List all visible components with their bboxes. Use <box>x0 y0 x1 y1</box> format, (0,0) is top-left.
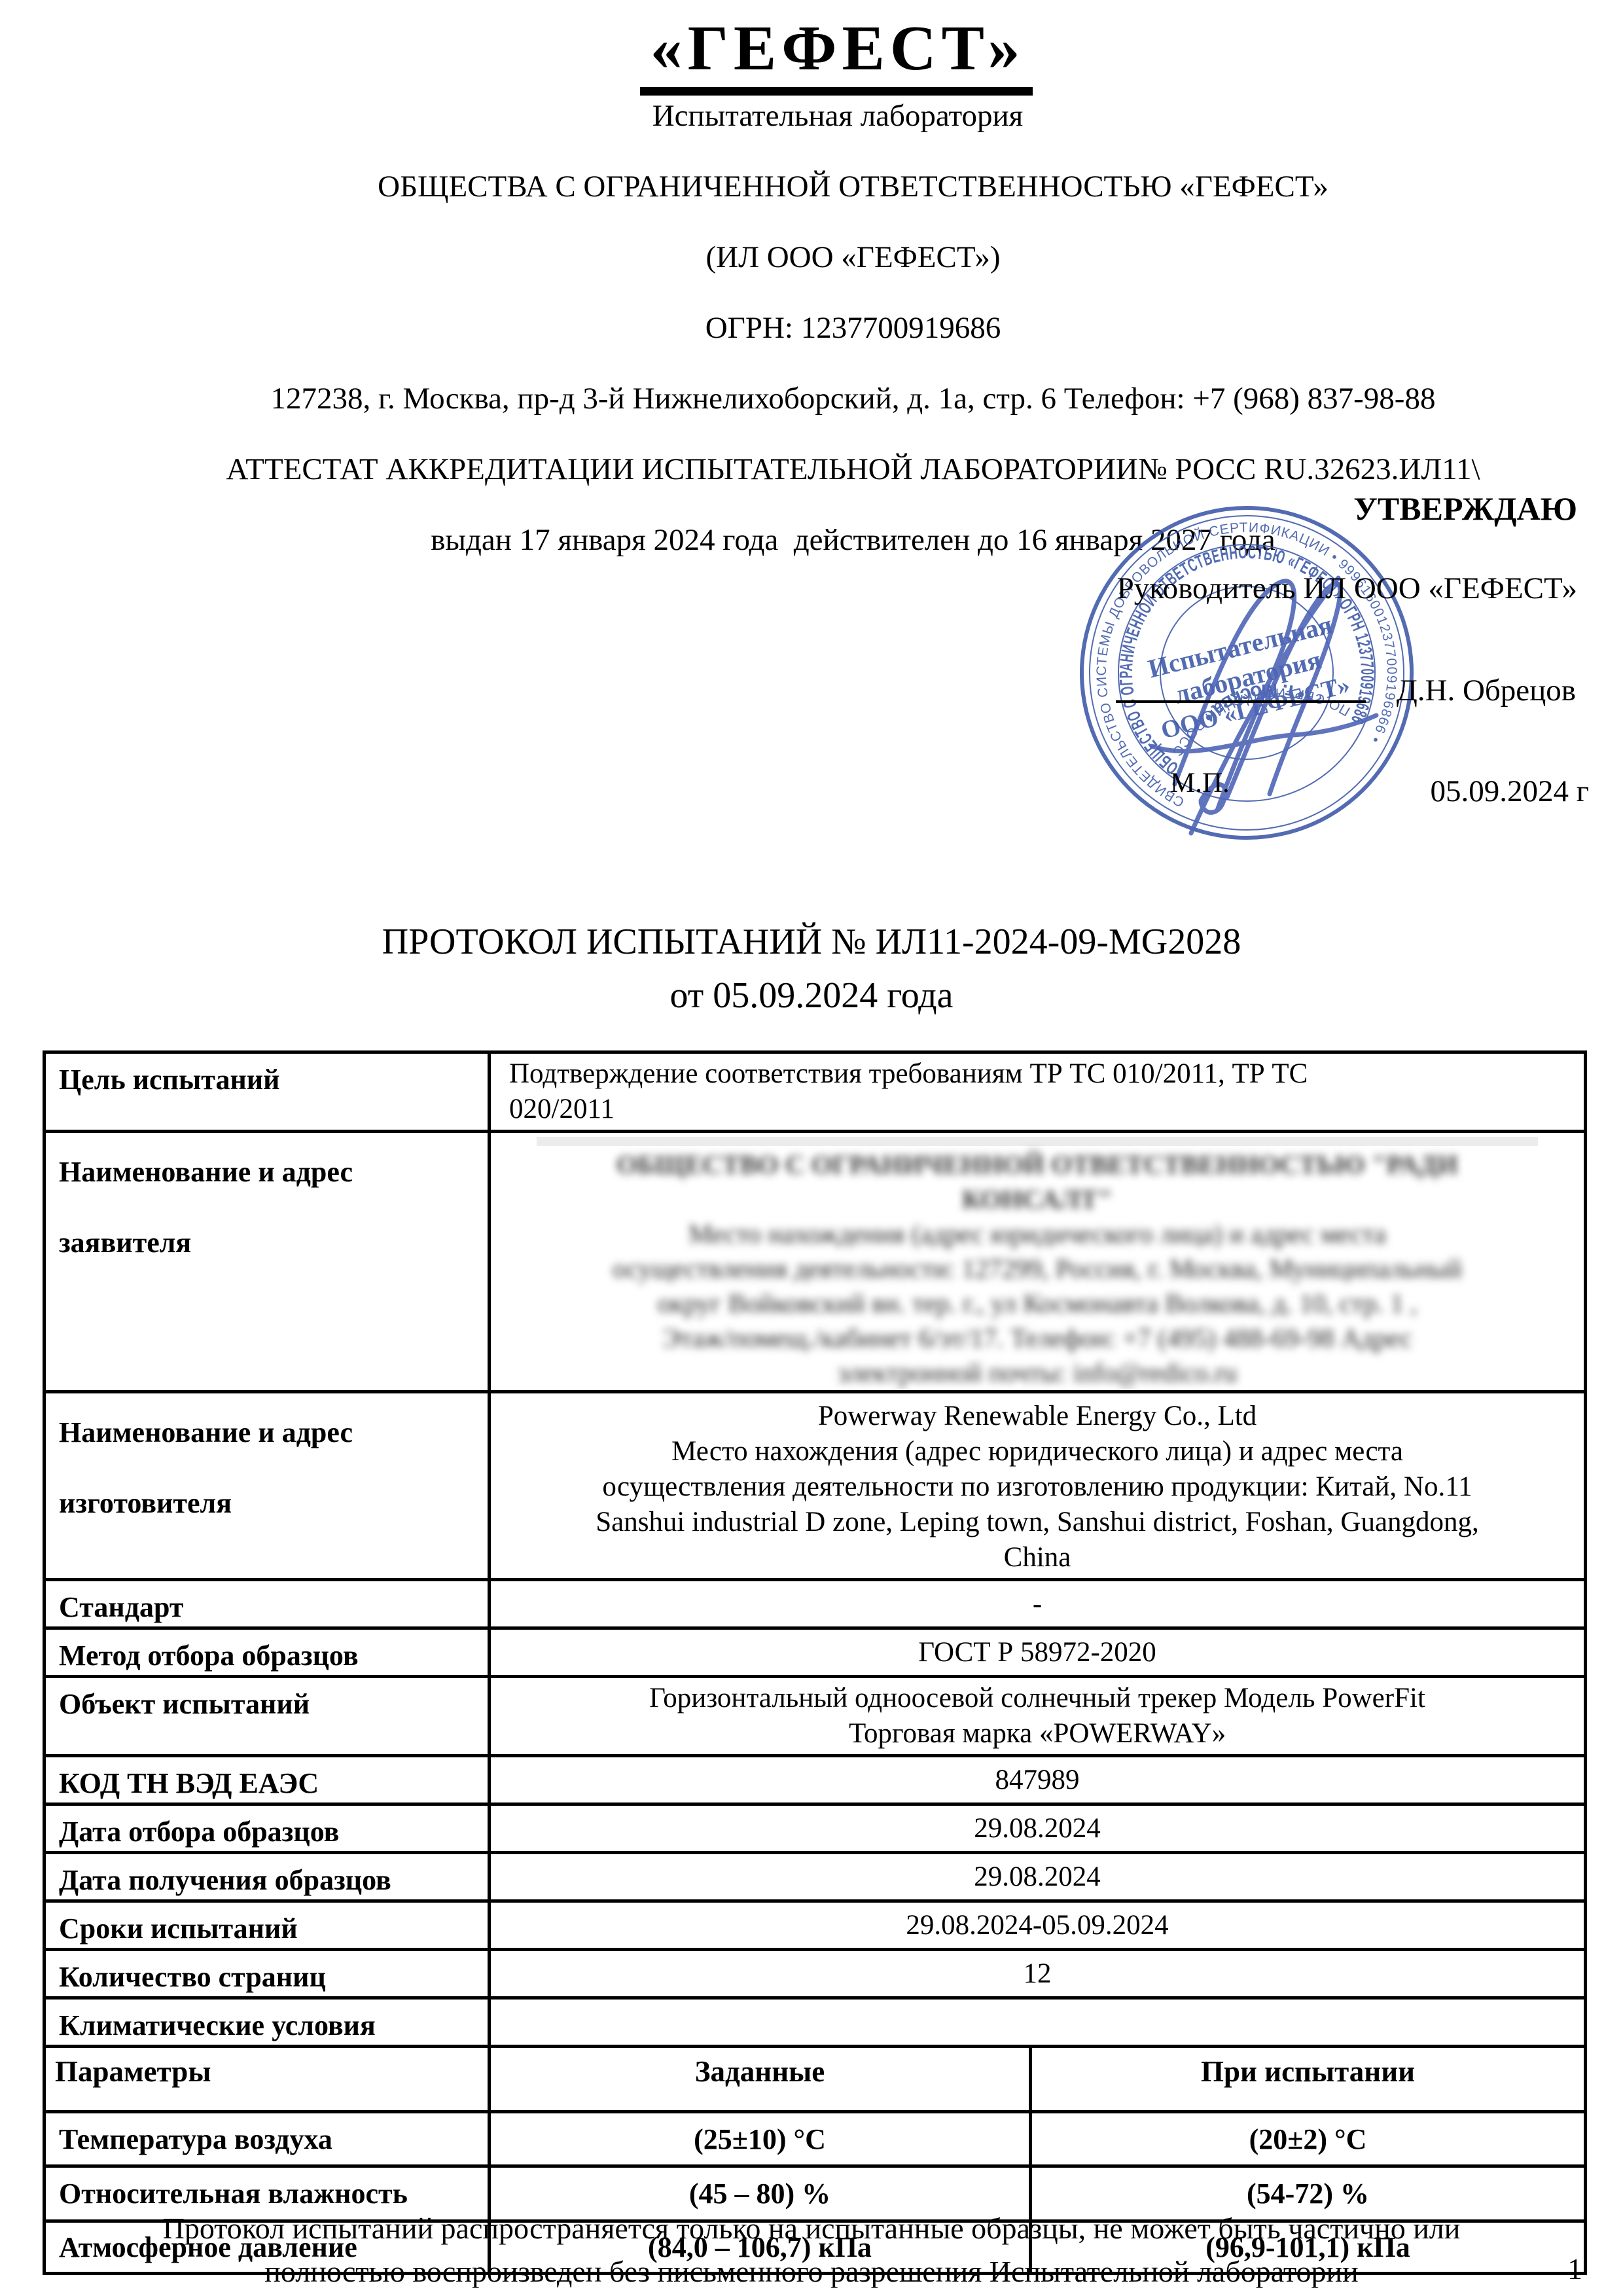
lab-head-title: Руководитель ИЛ ООО «ГЕФЕСТ» <box>1117 571 1577 606</box>
lab-short-name: (ИЛ ООО «ГЕФЕСТ») <box>705 240 1000 274</box>
applicant-org-blurred: ОБЩЕСТВО С ОГРАНИЧЕННОЙ ОТВЕТСТВЕННОСТЬЮ… <box>510 1147 1564 1217</box>
page-count-label: Количество страниц <box>45 1950 490 1998</box>
protocol-title: ПРОТОКОЛ ИСПЫТАНИЙ № ИЛ11-2024-09-MG2028… <box>0 915 1623 1022</box>
table-row: Объект испытаний Горизонтальный одноосев… <box>45 1677 1586 1756</box>
goal-label: Цель испытаний <box>45 1052 490 1132</box>
receipt-date-value: 29.08.2024 <box>490 1853 1586 1901</box>
lab-address: 127238, г. Москва, пр-д 3-й Нижнелихобор… <box>271 382 1436 416</box>
table-row: КОД ТН ВЭД ЕАЭС 847989 <box>45 1756 1586 1804</box>
lab-accreditation: АТТЕСТАТ АККРЕДИТАЦИИ ИСПЫТАТЕЛЬНОЙ ЛАБО… <box>226 452 1480 486</box>
table-row: Дата отбора образцов 29.08.2024 <box>45 1804 1586 1853</box>
manufacturer-label: Наименование и адрес изготовителя <box>45 1392 490 1580</box>
table-row: Стандарт - <box>45 1580 1586 1628</box>
test-period-label: Сроки испытаний <box>45 1901 490 1950</box>
lab-company-line: ОБЩЕСТВА С ОГРАНИЧЕННОЙ ОТВЕТСТВЕННОСТЬЮ… <box>378 170 1329 204</box>
signature-line <box>1116 700 1366 703</box>
climate-label: Климатические условия <box>45 1998 490 2047</box>
params-col1-header: Параметры <box>45 2047 490 2112</box>
temperature-actual-value: (20±2) °C <box>1031 2112 1586 2166</box>
test-period-value: 29.08.2024-05.09.2024 <box>490 1901 1586 1950</box>
page-number: 1 <box>1567 2251 1582 2286</box>
sampling-date-value: 29.08.2024 <box>490 1804 1586 1853</box>
temperature-set-value: (25±10) °C <box>490 2112 1031 2166</box>
stamp-place-label: М.П. <box>1170 767 1230 799</box>
approve-label: УТВЕРЖДАЮ <box>1353 490 1577 528</box>
climate-value <box>490 1998 1586 2047</box>
table-row: Дата получения образцов 29.08.2024 <box>45 1853 1586 1901</box>
table-row: Метод отбора образцов ГОСТ Р 58972-2020 <box>45 1628 1586 1677</box>
manufacturer-value: Powerway Renewable Energy Co., Ltd Место… <box>490 1392 1586 1580</box>
sampling-method-value: ГОСТ Р 58972-2020 <box>490 1628 1586 1677</box>
table-row: Цель испытаний Подтверждение соответстви… <box>45 1052 1586 1132</box>
applicant-label: Наименование и адрес заявителя <box>45 1132 490 1392</box>
applicant-address-blurred: Место нахождения (адрес юридического лиц… <box>510 1217 1564 1390</box>
table-row: Наименование и адрес изготовителя Powerw… <box>45 1392 1586 1580</box>
table-row: Наименование и адрес заявителя ОБЩЕСТВО … <box>45 1132 1586 1392</box>
sampling-method-label: Метод отбора образцов <box>45 1628 490 1677</box>
protocol-info-table: Цель испытаний Подтверждение соответстви… <box>43 1050 1587 2275</box>
page-count-value: 12 <box>490 1950 1586 1998</box>
footer-disclaimer: Протокол испытаний распространяется толь… <box>59 2207 1564 2293</box>
receipt-date-label: Дата получения образцов <box>45 1853 490 1901</box>
test-object-label: Объект испытаний <box>45 1677 490 1756</box>
table-row: Температура воздуха (25±10) °C (20±2) °C <box>45 2112 1586 2166</box>
standard-value: - <box>490 1580 1586 1628</box>
sampling-date-label: Дата отбора образцов <box>45 1804 490 1853</box>
table-row-params-header: Параметры Заданные При испытании <box>45 2047 1586 2112</box>
applicant-value-redacted: ОБЩЕСТВО С ОГРАНИЧЕННОЙ ОТВЕТСТВЕННОСТЬЮ… <box>490 1132 1586 1392</box>
lab-head-name: Д.Н. Обрецов <box>1397 673 1576 708</box>
protocol-date: от 05.09.2024 года <box>669 975 953 1016</box>
test-object-value: Горизонтальный одноосевой солнечный трек… <box>490 1677 1586 1756</box>
tnved-value: 847989 <box>490 1756 1586 1804</box>
params-col2-header: Заданные <box>490 2047 1031 2112</box>
protocol-page: «ГЕФЕСТ» Испытательная лаборатория ОБЩЕС… <box>0 0 1623 2296</box>
org-title-underline <box>640 87 1033 96</box>
params-col3-header: При испытании <box>1031 2047 1586 2112</box>
goal-value: Подтверждение соответствия требованиям Т… <box>490 1052 1586 1132</box>
table-row: Сроки испытаний 29.08.2024-05.09.2024 <box>45 1901 1586 1950</box>
temperature-label: Температура воздуха <box>45 2112 490 2166</box>
table-row: Климатические условия <box>45 1998 1586 2047</box>
lab-ogrn: ОГРН: 1237700919686 <box>705 311 1001 345</box>
round-stamp: СВИДЕТЕЛЬСТВО СИСТЕМЫ ДОБРОВОЛЬНОЙ СЕРТИ… <box>1077 503 1417 843</box>
lab-subtitle: Испытательная лаборатория <box>652 99 1024 133</box>
standard-label: Стандарт <box>45 1580 490 1628</box>
protocol-number: ПРОТОКОЛ ИСПЫТАНИЙ № ИЛ11-2024-09-MG2028 <box>382 922 1241 962</box>
tnved-label: КОД ТН ВЭД ЕАЭС <box>45 1756 490 1804</box>
org-title: «ГЕФЕСТ» <box>0 12 1623 85</box>
table-row: Количество страниц 12 <box>45 1950 1586 1998</box>
redaction-artifact <box>537 1137 1538 1146</box>
approve-date: 05.09.2024 г <box>1430 774 1589 809</box>
